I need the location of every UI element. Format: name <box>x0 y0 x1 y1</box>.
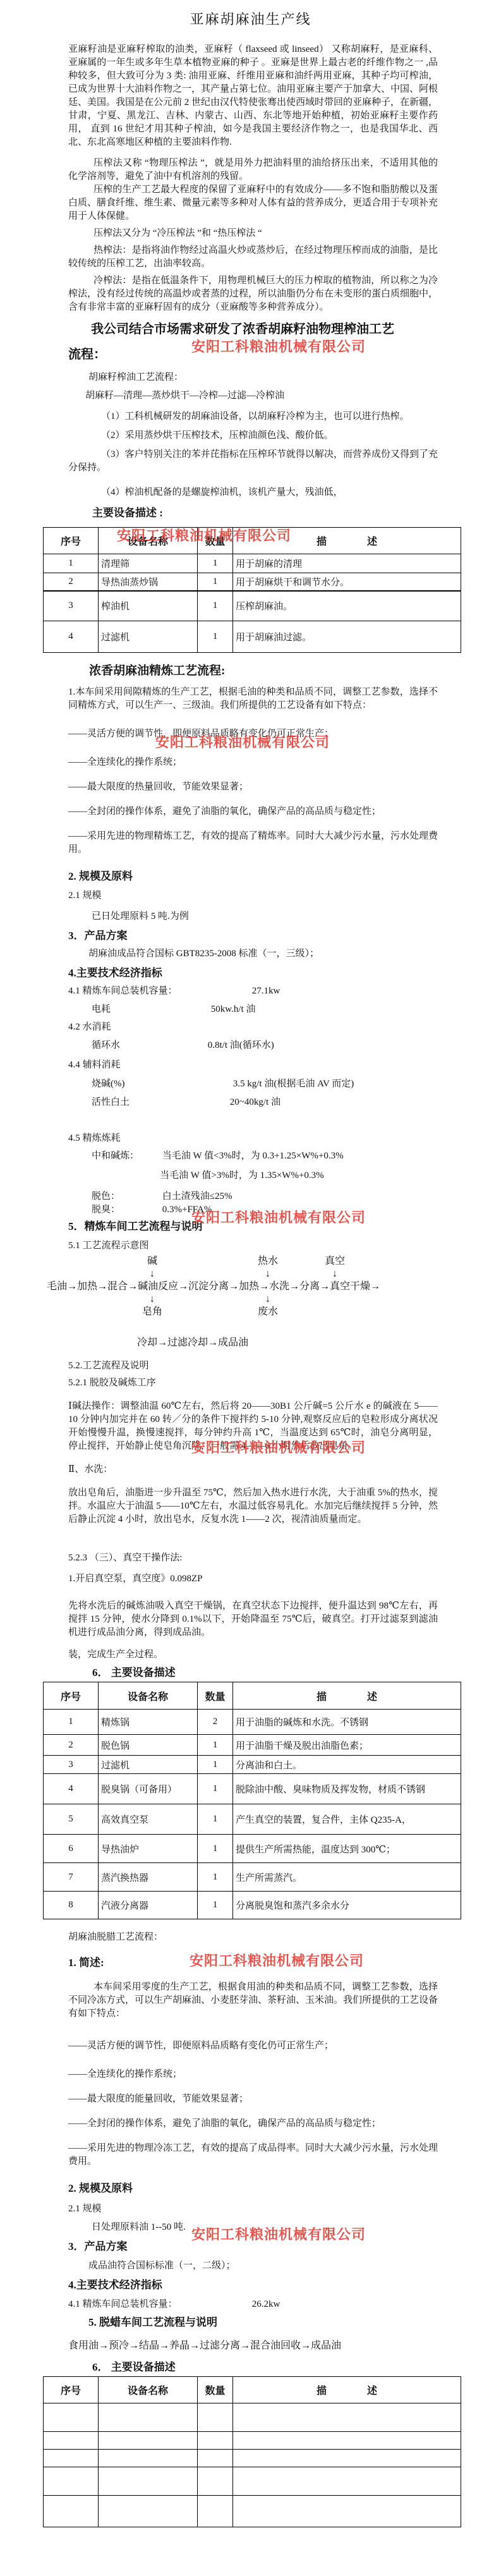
cell-qty: 2 <box>198 1710 233 1735</box>
refine-feature: ——最大限度的热量回收，节能效果显著； <box>68 781 438 794</box>
cell-qty: 1 <box>198 1892 233 1919</box>
table-row: 5 高效真空泵 1 产生真空的装置，复合件，主体 Q235-A， <box>44 1804 461 1835</box>
flow-label-hot-water: 热水 <box>258 1255 278 1268</box>
col-desc: 描 述 <box>233 528 461 554</box>
cell-name: 清理筛 <box>99 554 198 573</box>
intro-paragraph-2: 压榨法又称 “物理压榨法 ”，就是用外力把油料里的油给挤压出来，不适用其他的化学… <box>68 157 438 183</box>
cell-qty <box>198 2432 233 2450</box>
cell-name: 脱色锅 <box>99 1735 198 1756</box>
cell-name <box>99 2467 198 2496</box>
table-row: 7 蒸汽换热器 1 生产所需蒸汽。 <box>44 1863 461 1892</box>
dewax-title-block: 胡麻油脱腊工艺流程： 安阳工科粮油机械有限公司 <box>0 1931 501 1944</box>
cell-name: 导热油蒸炒锅 <box>99 573 198 591</box>
cell-seq: 4 <box>44 621 99 653</box>
cell-qty <box>198 2496 233 2527</box>
cell-desc: 产生真空的装置，复合件，主体 Q235-A， <box>233 1804 461 1835</box>
cell-desc: 用于油脂的碱炼和水洗。不锈钢 <box>233 1710 461 1735</box>
cell-desc <box>233 2450 461 2467</box>
table-row: 1 清理筛 1 用于胡麻的清理 <box>44 554 461 573</box>
refine-s5-heading: 5．精炼车间工艺流程与说明 安阳工科粮油机械有限公司 <box>68 1219 438 1234</box>
cell-seq: 8 <box>44 1892 99 1919</box>
cell-desc: 提供生产所需热能，温度达到 300℃； <box>233 1835 461 1863</box>
down-arrow-icon: ↓ <box>150 1293 155 1306</box>
document-page: 亚麻胡麻油生产线 亚麻籽油是亚麻籽榨取的油类，亚麻籽（ flaxseed 或 l… <box>0 0 501 2576</box>
flow-label-waste-water: 废水 <box>258 1306 278 1318</box>
dewax-title: 胡麻油脱腊工艺流程： <box>68 1931 438 1944</box>
intro-paragraph-4: 压榨法又分为 “冷压榨法 ”和 “热压榨法 “ <box>68 227 438 240</box>
cell-desc: 压榨胡麻油。 <box>233 591 461 621</box>
press-headline: 我公司结合市场需求研发了浓香胡麻籽油物理榨油工艺 <box>68 322 438 337</box>
refine-feature: ——采用先进的物理精炼工艺，有效的提高了精炼率。同时大大减少污水量，污水处理费用… <box>68 830 438 856</box>
col-seq: 序号 <box>44 2377 99 2403</box>
table-row <box>44 2496 461 2527</box>
cell-seq <box>44 2432 99 2450</box>
refine-feature: ——灵活方便的调节性，即便原料品质略有变化仍可正常生产； 安阳工科粮油机械有限公… <box>68 727 438 741</box>
press-equipment-table: 序号 设备名称 数量 描 述 1 清理筛 1 用于胡麻的清理 2 导热油蒸炒锅 … <box>43 527 461 653</box>
table-header-row: 序号 设备名称 数量 描 述 <box>44 528 461 554</box>
cell-qty: 1 <box>198 573 233 591</box>
refine-s42-heading: 4.2 水消耗 <box>68 1021 438 1034</box>
flow-label-alkali: 碱 <box>147 1255 157 1268</box>
cell-name: 导热油炉 <box>99 1835 198 1863</box>
refine-title: 浓香胡麻油精炼工艺流程: <box>68 663 438 679</box>
dewax-s3-text: 成品油符合国标标准（一，二级）； <box>68 2259 438 2273</box>
refine-feature: ——全连续化的操作系统； <box>68 756 438 769</box>
down-arrow-icon: ↓ <box>150 1268 155 1280</box>
col-qty: 数量 <box>198 2377 233 2403</box>
cell-name: 过滤机 <box>99 1756 198 1774</box>
water-line: 循环水 0.8t/t 油(循环水) <box>68 1039 438 1052</box>
dewax-equipment-table-wrap: 序号 设备名称 数量 描 述 <box>0 2376 501 2527</box>
cell-qty: 1 <box>198 621 233 653</box>
refine-intro: 1.本车间采用间隙精炼的生产工艺，根据毛油的种类和品质不同，调整工艺参数，选择不… <box>68 686 438 712</box>
down-arrow-icon: ↓ <box>332 1268 337 1280</box>
col-seq: 序号 <box>44 1682 99 1710</box>
cell-seq: 3 <box>44 591 99 621</box>
cell-desc: 分离油和白土。 <box>233 1756 461 1774</box>
col-qty: 数量 <box>198 528 233 554</box>
wash-title: Ⅱ、水洗： <box>68 1463 438 1476</box>
cell-name: 高效真空泵 <box>99 1804 198 1835</box>
cell-name: 汽液分离器 <box>99 1892 198 1919</box>
table-row <box>44 2450 461 2467</box>
refine-s21-text: 已日处理原料 5 吨.为例 <box>68 910 438 923</box>
dewax-s4-heading: 4.主要技术经济指标 <box>68 2278 438 2293</box>
table-row: 3 榨油机 1 压榨胡麻油。 <box>44 591 461 621</box>
alkali-operation-paragraph: Ⅰ碱法操作：调整油温 60℃左右，然后将 20——30B1 公斤碱=5 公斤水 … <box>68 1400 438 1453</box>
refine-s3-heading: 3．产品方案 <box>68 928 438 944</box>
cell-seq: 4 <box>44 1774 99 1804</box>
press-note-3: （3）客户特别关注的苯并芘指标在压榨环节就得以解决，而营养成份又得到了充分保持。 <box>68 448 438 475</box>
cell-seq: 6 <box>44 1835 99 1863</box>
cell-seq <box>44 2403 99 2432</box>
intro-paragraph-6: 冷榨法：是指在低温条件下，用物理机械巨大的压力榨取的植物油，所以称之为冷榨法，没… <box>68 274 438 314</box>
table-row: 4 脱臭锅（可备用） 1 脱除油中酸、臭味物质及挥发物，材质不锈钢 <box>44 1774 461 1804</box>
cell-qty: 1 <box>198 1863 233 1892</box>
cell-name: 精炼锅 <box>99 1710 198 1735</box>
dewax-s6-heading: 6． 主要设备描述 <box>68 2360 438 2375</box>
dewax-equipment-table: 序号 设备名称 数量 描 述 <box>43 2376 461 2527</box>
cell-seq: 7 <box>44 1863 99 1892</box>
table-row <box>44 2432 461 2450</box>
neutralize-line-2: 当毛油 W 值>3%时，为 1.35×W%+0.3% <box>68 1169 438 1182</box>
col-seq: 序号 <box>44 528 99 554</box>
cell-qty: 1 <box>198 554 233 573</box>
cell-name: 脱臭锅（可备用） <box>99 1774 198 1804</box>
table-row <box>44 2403 461 2432</box>
company-watermark: 安阳工科粮油机械有限公司 <box>191 339 366 355</box>
cell-qty: 1 <box>198 1774 233 1804</box>
press-equipment-table-wrap: 安阳工科粮油机械有限公司 序号 设备名称 数量 描 述 1 清理筛 1 用于胡麻… <box>0 527 501 653</box>
flow-second-line: 冷却→过滤冷却→成品油 <box>68 1336 438 1349</box>
flow-label-soap: 皂角 <box>142 1306 162 1318</box>
cell-desc: 用于胡麻油过滤。 <box>233 621 461 653</box>
wash-paragraph: 放出皂角后，油脂进一步升温至 75℃，然后加入热水进行水洗，大于油重 5%的热水… <box>68 1486 438 1526</box>
cell-seq: 2 <box>44 573 99 591</box>
press-note-1: （1）工科机械研发的胡麻油设备，以胡麻籽冷榨为主，也可以进行热榨。 <box>68 410 438 423</box>
decolor-line: 脱色： 白土渣残油≤25% <box>68 1190 438 1203</box>
cell-desc <box>233 2496 461 2527</box>
cell-desc: 生产所需蒸汽。 <box>233 1863 461 1892</box>
cell-desc: 用于胡麻的清理 <box>233 554 461 573</box>
cell-name <box>99 2403 198 2432</box>
refine-s21-heading: 2.1 规模 <box>68 889 438 902</box>
process-flow-diagram: 碱 热水 真空 ↓ ↓ ↓ 毛油→加热→混合→碱油反应→沉淀分离→加热→水洗→分… <box>47 1255 501 1318</box>
refine-s45-heading: 4.5 精炼炼耗 <box>68 1132 438 1145</box>
capacity-line: 4.1 精炼车间总装机容量： 27.1kw <box>68 985 438 998</box>
vacuum-step-2: 先将水洗后的碱炼油吸入真空干燥锅，在真空状态下边搅拌，便升温达到 98℃左右，再… <box>68 1600 438 1639</box>
cell-name <box>99 2450 198 2467</box>
cell-name: 蒸汽换热器 <box>99 1863 198 1892</box>
dewax-flow-line: 食用油→预冷→结晶→养晶→过滤分离→混合油回收→成品油 <box>68 2339 438 2352</box>
cell-qty <box>198 2403 233 2432</box>
press-note-2: （2）采用蒸炒烘干压榨技术，压榨油颜色浅、酸价低。 <box>68 429 438 442</box>
dewax-s5-heading: 5. 脱蜡车间工艺流程与说明 <box>68 2315 438 2330</box>
table-row: 2 导热油蒸炒锅 1 用于胡麻烘干和调节水分。 <box>44 573 461 591</box>
cell-qty: 1 <box>198 1735 233 1756</box>
cell-qty <box>198 2450 233 2467</box>
press-flow-line: 胡麻籽—清理—蒸炒烘干—冷榨—过滤—冷榨油 <box>68 389 438 403</box>
dewax-intro: 本车间采用零度的生产工艺，根据食用油的种类和品质不同，调整工艺参数，选择不同冷冻… <box>68 1981 438 2020</box>
power-line: 电耗 50kw.h/t 油 <box>68 1003 438 1016</box>
cell-desc: 用于胡麻烘干和调节水分。 <box>233 573 461 591</box>
proc-s521-heading: 5.2.1 脱胶及碱炼工序 <box>68 1376 438 1390</box>
refine-s4-heading: 4.主要技术经济指标 <box>68 966 438 981</box>
dewax-s2-heading: 2. 规模及原料 <box>68 2181 438 2196</box>
refine-equipment-table: 序号 设备名称 数量 描 述 1 精炼锅 2 用于油脂的碱炼和水洗。不锈钢 2 … <box>43 1682 461 1919</box>
proc-s6-heading: 6． 主要设备描述 <box>68 1665 438 1680</box>
dewax-feature: ——采用先进的物理冷冻工艺，有效的提高了成品得率。同时大大减少污水量，污水处理费… <box>68 2142 438 2168</box>
dewax-s21-heading: 2.1 规模 <box>68 2202 438 2216</box>
table-row: 2 脱色锅 1 用于油脂干燥及脱出油脂色素； <box>44 1735 461 1756</box>
table-row <box>44 2467 461 2496</box>
deodor-line: 脱臭： 0.3%+FFA% <box>68 1203 438 1217</box>
table-row: 6 导热油炉 1 提供生产所需热能，温度达到 300℃； <box>44 1835 461 1863</box>
cell-qty: 1 <box>198 591 233 621</box>
dewax-s3-heading: 3．产品方案 <box>68 2239 438 2254</box>
cell-qty: 1 <box>198 1835 233 1863</box>
cell-desc: 分离脱臭饱和蒸汽多余水分 <box>233 1892 461 1919</box>
cell-seq <box>44 2496 99 2527</box>
dewax-s1-heading: 1. 简述: <box>68 1955 438 1971</box>
doc-title: 亚麻胡麻油生产线 <box>0 0 501 29</box>
col-name: 设备名称 <box>99 1682 198 1710</box>
press-sub-title: 胡麻籽榨油工艺流程： <box>68 371 438 384</box>
cell-seq <box>44 2467 99 2496</box>
refine-s2-heading: 2. 规模及原料 <box>68 869 438 884</box>
cell-qty: 1 <box>198 1756 233 1774</box>
alkali-line: 烧碱(%) 3.5 kg/t 油(根据毛油 AV 而定) <box>68 1078 438 1091</box>
cell-seq: 5 <box>44 1804 99 1835</box>
table-row: 4 过滤机 1 用于胡麻油过滤。 <box>44 621 461 653</box>
cell-desc <box>233 2432 461 2450</box>
cell-desc <box>233 2403 461 2432</box>
intro-paragraph-1: 亚麻籽油是亚麻籽榨取的油类，亚麻籽（ flaxseed 或 linseed） 又… <box>68 43 438 149</box>
cell-seq: 2 <box>44 1735 99 1756</box>
refine-s51-heading: 5.1 工艺流程示意图 <box>68 1239 438 1253</box>
cell-desc: 脱除油中酸、臭味物质及挥发物，材质不锈钢 <box>233 1774 461 1804</box>
cell-seq: 3 <box>44 1756 99 1774</box>
vacuum-step-1: 1.开启真空泵，真空度》0.098ZP <box>68 1572 438 1586</box>
neutralize-line-1: 中和碱炼： 当毛油 W 值<3%时，为 0.3+1.25×W%+0.3% <box>68 1150 438 1163</box>
intro-paragraph-5: 热榨法：是指将油作物经过高温火炒或蒸炒后，在经过物理压榨而成的油脂，是比较传统的… <box>68 244 438 270</box>
proc-s52-heading: 5.2.工艺流程及说明 <box>68 1359 438 1373</box>
table-row: 3 过滤机 1 分离油和白土。 <box>44 1756 461 1774</box>
cell-seq: 1 <box>44 554 99 573</box>
cell-seq: 1 <box>44 1710 99 1735</box>
clay-line: 活性白土 20~40kg/t 油 <box>68 1096 438 1109</box>
col-qty: 数量 <box>198 1682 233 1710</box>
flow-label-vacuum: 真空 <box>325 1255 345 1268</box>
col-name: 设备名称 <box>99 528 198 554</box>
cell-qty: 1 <box>198 1804 233 1835</box>
flow-main-line: 毛油→加热→混合→碱油反应→沉淀分离→加热→水洗→分离→真空干燥→ <box>47 1280 380 1293</box>
refine-s44-heading: 4.4 辅料消耗 <box>68 1059 438 1072</box>
table-row: 8 汽液分离器 1 分离脱臭饱和蒸汽多余水分 <box>44 1892 461 1919</box>
cell-name: 榨油机 <box>99 591 198 621</box>
cell-desc <box>233 2467 461 2496</box>
refine-equipment-table-wrap: 序号 设备名称 数量 描 述 1 精炼锅 2 用于油脂的碱炼和水洗。不锈钢 2 … <box>0 1682 501 1919</box>
dewax-capacity-line: 4.1 精炼车间总装机容量： 26.2kw <box>68 2298 438 2311</box>
dewax-feature: ——全封闭的操作体系，避免了油脂的氧化，确保产品的高品质与稳定性； <box>68 2117 438 2130</box>
col-desc: 描 述 <box>233 2377 461 2403</box>
intro-paragraph-3: 压榨的生产工艺最大程度的保留了亚麻籽中的有效成分——多不饱和脂肪酸以及蛋白质、膳… <box>68 183 438 223</box>
cell-name: 过滤机 <box>99 621 198 653</box>
down-arrow-icon: ↓ <box>265 1293 270 1306</box>
vacuum-step-3: 装，完成生产全过程。 <box>68 1648 438 1662</box>
proc-s523-heading: 5.2.3 （三）、真空干操作法: <box>68 1552 438 1565</box>
col-name: 设备名称 <box>99 2377 198 2403</box>
table-header-row: 序号 设备名称 数量 描 述 <box>44 1682 461 1710</box>
dewax-feature: ——最大限度的能量回收，节能效果显著； <box>68 2093 438 2106</box>
press-flow-label: 流程： 安阳工科粮油机械有限公司 <box>68 347 438 362</box>
refine-feature: ——全封闭的操作体系，避免了油脂的氧化，确保产品的高品质与稳定性； <box>68 805 438 818</box>
cell-seq <box>44 2450 99 2467</box>
refine-s3-text: 胡麻油成品符合国标 GBT8235-2008 标准（一，三级）； <box>68 947 438 961</box>
press-equipment-title: 主要设备描述 : <box>68 506 438 521</box>
down-arrow-icon: ↓ <box>265 1268 270 1280</box>
dewax-feature: ——灵活方便的调节性，即便原料品质略有变化仍可正常生产； <box>68 2039 438 2053</box>
cell-name <box>99 2432 198 2450</box>
cell-desc: 用于油脂干燥及脱出油脂色素； <box>233 1735 461 1756</box>
dewax-s21-text: 日处理原料油 1--50 吨. 安阳工科粮油机械有限公司 <box>68 2221 438 2234</box>
cell-name <box>99 2496 198 2527</box>
col-desc: 描 述 <box>233 1682 461 1710</box>
press-note-4: （4）榨油机配备的是螺旋榨油机，该机产量大，残油低， <box>68 486 438 499</box>
dewax-feature: ——全连续化的操作系统； <box>68 2068 438 2081</box>
table-row: 1 精炼锅 2 用于油脂的碱炼和水洗。不锈钢 <box>44 1710 461 1735</box>
cell-qty <box>198 2467 233 2496</box>
table-header-row: 序号 设备名称 数量 描 述 <box>44 2377 461 2403</box>
